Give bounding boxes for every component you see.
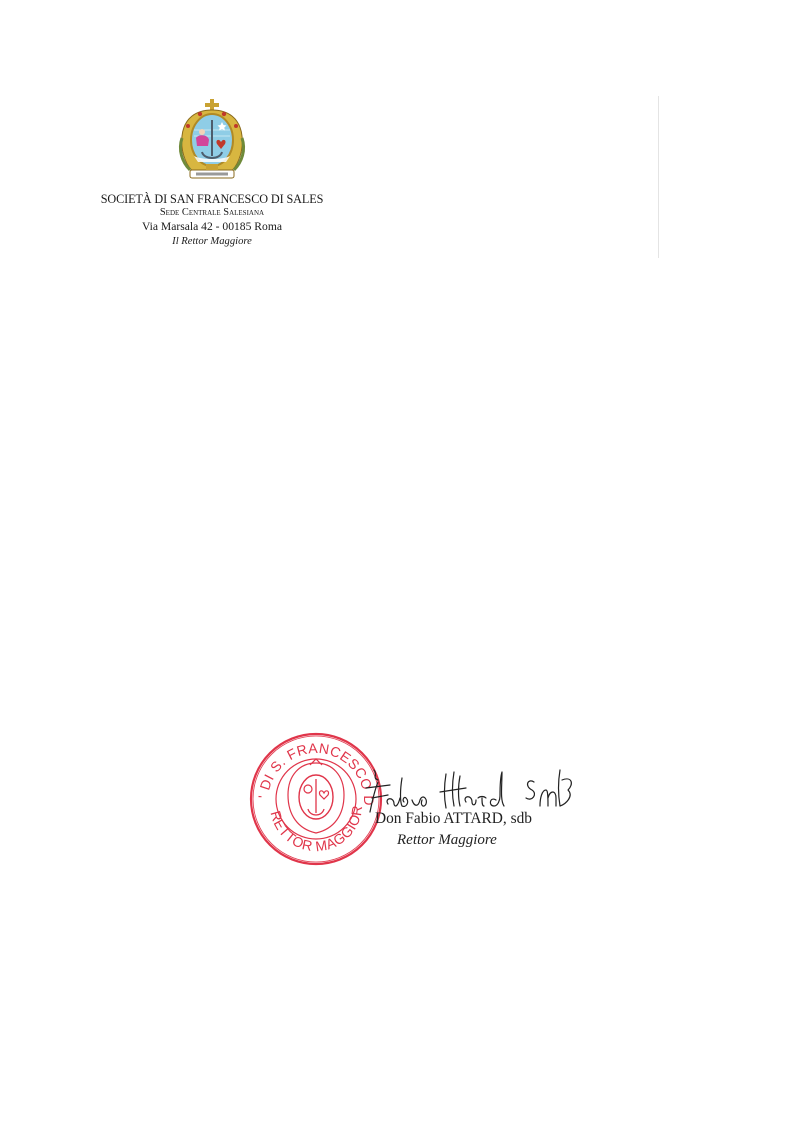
signatory-name: Don Fabio ATTARD, sdb	[375, 810, 532, 828]
margin-divider	[658, 96, 659, 258]
organization-name: SOCIETÀ DI SAN FRANCESCO DI SALES	[100, 193, 324, 205]
office-name: Sede Centrale Salesiana	[100, 208, 324, 218]
postal-address: Via Marsala 42 - 00185 Roma	[100, 221, 324, 233]
letterhead-role: Il Rettor Maggiore	[100, 237, 324, 248]
letterhead: SOCIETÀ DI SAN FRANCESCO DI SALES Sede C…	[100, 98, 324, 248]
signatory-title: Rettor Maggiore	[397, 832, 497, 849]
letter-page: SOCIETÀ DI SAN FRANCESCO DI SALES Sede C…	[0, 0, 794, 1123]
coat-of-arms-icon	[176, 98, 248, 186]
svg-text:SOCIETA' DI S. FRANCESCO DI SA: SOCIETA' DI S. FRANCESCO DI SALES	[248, 731, 377, 806]
handwritten-signature: Fabio Attard sdb	[362, 768, 584, 816]
